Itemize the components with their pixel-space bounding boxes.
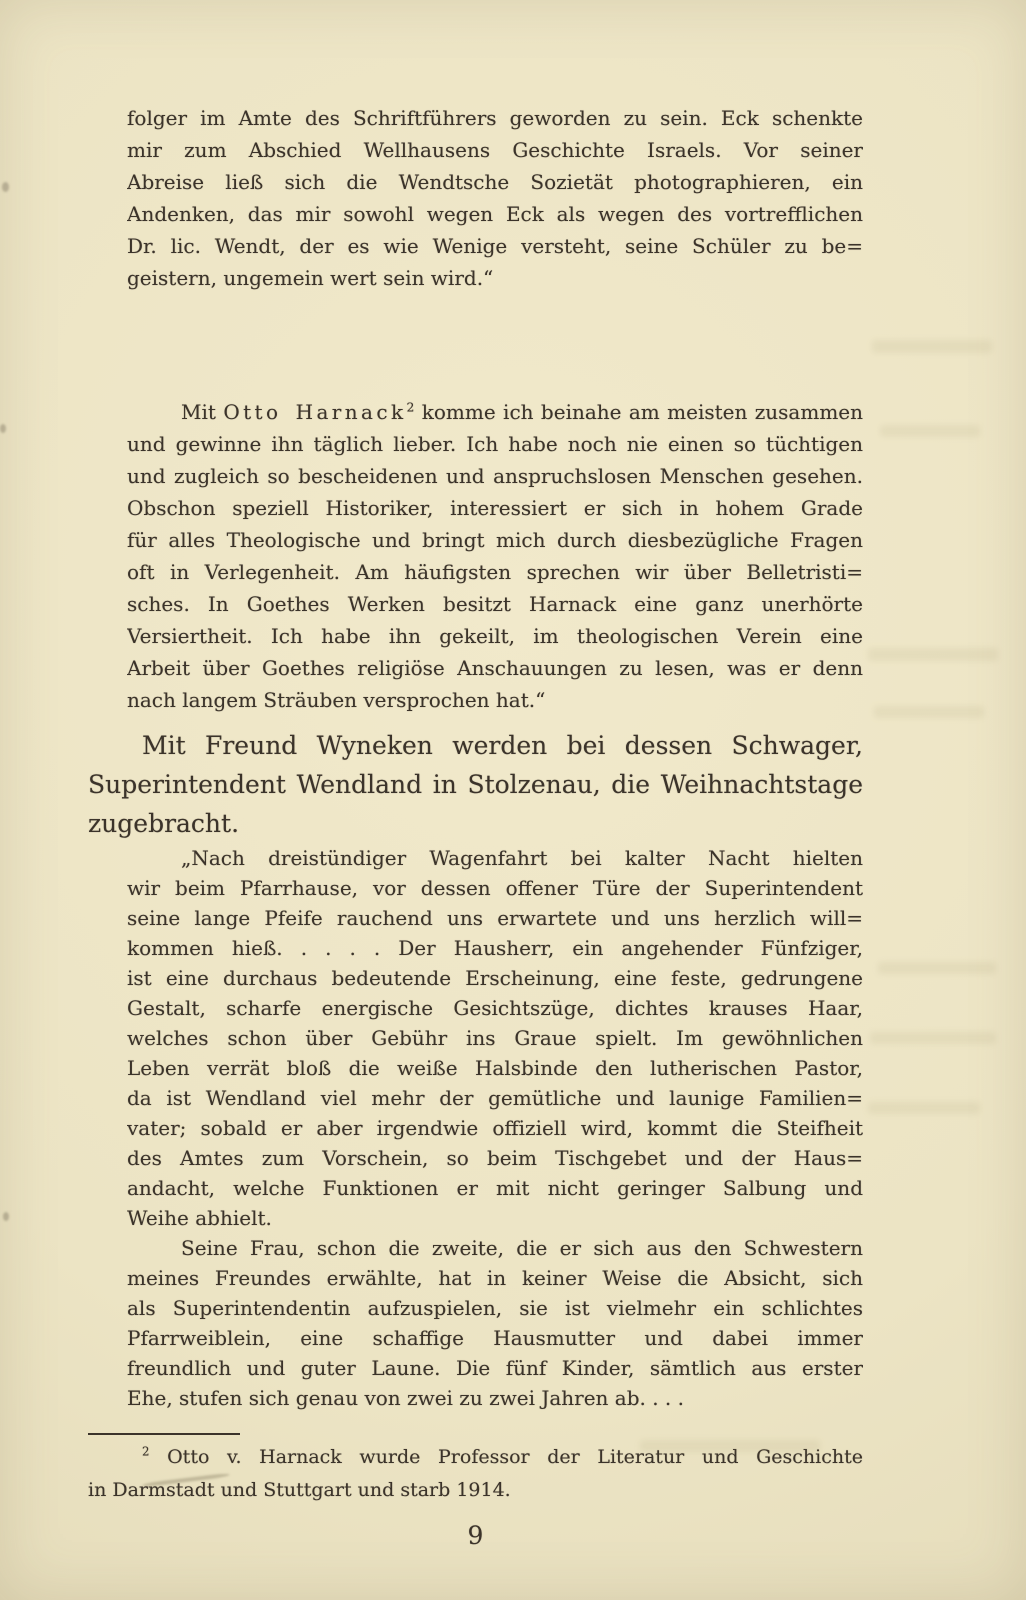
scan-speck — [0, 424, 6, 433]
text-blocks: folger im Amte des Schriftführers geword… — [0, 102, 1026, 1413]
text-line: Mit Freund Wyneken werden bei dessen Sch… — [88, 726, 863, 765]
scan-speck — [3, 1212, 9, 1221]
text-line: Pfarrweiblein, eine schaffige Hausmutter… — [127, 1323, 863, 1353]
diary-quote-block-2: Mit Otto Harnack2 komme ich beinahe am m… — [127, 396, 863, 716]
footnote-rule — [88, 1433, 240, 1435]
text-line: seine lange Pfeife rauchend uns erwartet… — [127, 903, 863, 933]
text-line: welches schon über Gebühr ins Graue spie… — [127, 1023, 863, 1053]
footnote-marker: 2 — [142, 1445, 150, 1459]
text-line: freundlich und guter Laune. Die fünf Kin… — [127, 1353, 863, 1383]
text-line: Obschon speziell Historiker, interessier… — [127, 492, 863, 524]
text-line: wir beim Pfarrhause, vor dessen offener … — [127, 873, 863, 903]
text-line: Leben verrät bloß die weiße Halsbinde de… — [127, 1053, 863, 1083]
show-through-artifact — [872, 340, 992, 353]
text-line: mir zum Abschied Wellhausens Geschichte … — [127, 134, 863, 166]
diary-quote-block-4: Seine Frau, schon die zweite, die er sic… — [127, 1233, 863, 1413]
text-line: folger im Amte des Schriftführers geword… — [127, 102, 863, 134]
text-line: da ist Wendland viel mehr der gemütliche… — [127, 1083, 863, 1113]
show-through-artifact — [878, 962, 996, 974]
text-span: komme ich beinahe am meisten zusammen — [414, 400, 863, 424]
text-line: Arbeit über Goethes religiöse Anschauung… — [127, 652, 863, 684]
show-through-artifact — [868, 1102, 980, 1114]
text-line: ist eine durchaus bedeutende Erscheinung… — [127, 963, 863, 993]
text-line: oft in Verlegenheit. Am häufigsten sprec… — [127, 556, 863, 588]
text-line: Mit Otto Harnack2 komme ich beinahe am m… — [127, 396, 863, 428]
text-line: des Amtes zum Vorschein, so beim Tischge… — [127, 1143, 863, 1173]
diary-quote-block-3: „Nach dreistündiger Wagenfahrt bei kalte… — [127, 843, 863, 1233]
text-line: Superintendent Wendland in Stolzenau, di… — [88, 765, 863, 804]
text-span: Mit — [181, 400, 223, 424]
text-line: Weihe abhielt. — [127, 1203, 863, 1233]
show-through-artifact — [880, 425, 980, 437]
page-number: 9 — [88, 1521, 863, 1550]
text-line: und gewinne ihn täglich lieber. Ich habe… — [127, 428, 863, 460]
text-span: Otto Harnack — [223, 400, 406, 424]
text-line: Versiertheit. Ich habe ihn gekeilt, im t… — [127, 620, 863, 652]
text-line: Ehe, stufen sich genau von zwei zu zwei … — [127, 1383, 863, 1413]
text-line: und zugleich so bescheidenen und anspruc… — [127, 460, 863, 492]
text-line: kommen hieß. . . . . Der Hausherr, ein a… — [127, 933, 863, 963]
text-line: Seine Frau, schon die zweite, die er sic… — [127, 1233, 863, 1263]
text-line: Dr. lic. Wendt, der es wie Wenige verste… — [127, 230, 863, 262]
scan-speck — [2, 182, 9, 192]
text-line: geistern, ungemein wert sein wird.“ — [127, 262, 863, 294]
footnote-container: 2 Otto v. Harnack wurde Professor der Li… — [0, 1441, 1026, 1507]
text-line: Andenken, das mir sowohl wegen Eck als w… — [127, 198, 863, 230]
text-line: als Superintendentin aufzuspielen, sie i… — [127, 1293, 863, 1323]
text-line: meines Freundes erwählte, hat in keiner … — [127, 1263, 863, 1293]
text-line: „Nach dreistündiger Wagenfahrt bei kalte… — [127, 843, 863, 873]
text-line: sches. In Goethes Werken besitzt Harnack… — [127, 588, 863, 620]
text-line: andacht, welche Funktionen er mit nicht … — [127, 1173, 863, 1203]
diary-quote-block-1: folger im Amte des Schriftführers geword… — [127, 102, 863, 294]
text-line: nach langem Sträuben versprochen hat.“ — [127, 684, 863, 716]
text-line: vater; sobald er aber irgendwie offiziel… — [127, 1113, 863, 1143]
show-through-artifact — [870, 1032, 996, 1044]
narrative-block: Mit Freund Wyneken werden bei dessen Sch… — [88, 726, 863, 843]
text-line: Gestalt, scharfe energische Gesichtszüge… — [127, 993, 863, 1023]
text-line: zugebracht. — [88, 804, 863, 843]
show-through-artifact — [640, 1440, 820, 1452]
text-line: für alles Theologische und bringt mich d… — [127, 524, 863, 556]
show-through-artifact — [868, 648, 998, 661]
book-page-scan: folger im Amte des Schriftführers geword… — [0, 0, 1026, 1600]
text-line: Abreise ließ sich die Wendtsche Sozietät… — [127, 166, 863, 198]
show-through-artifact — [874, 706, 984, 718]
